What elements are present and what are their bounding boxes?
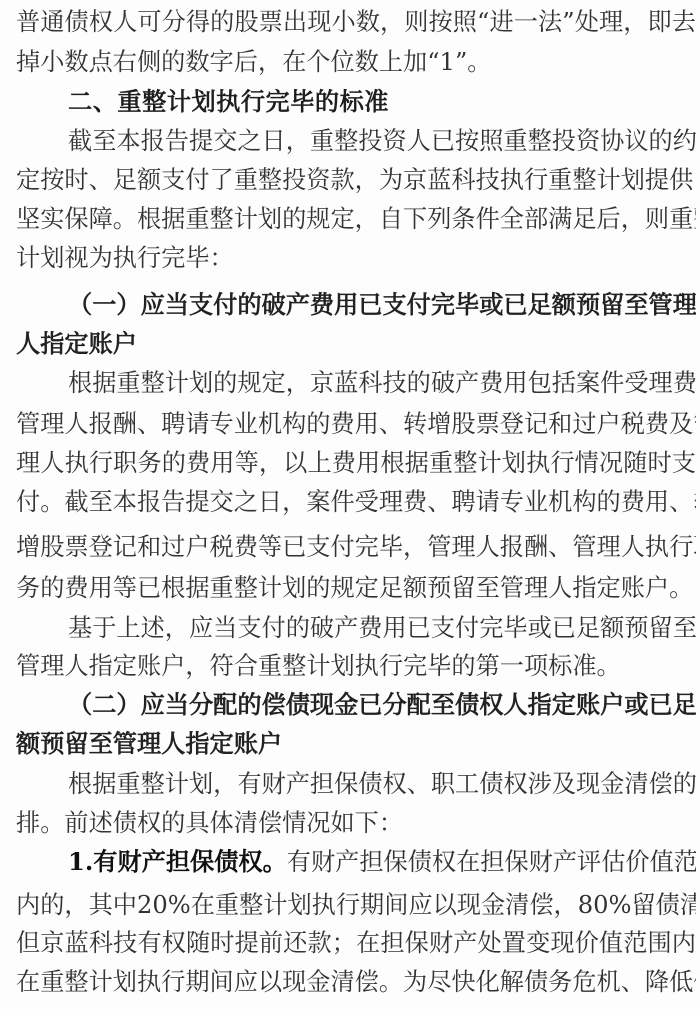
- paragraph-line: 计划视为执行完毕：: [16, 239, 696, 277]
- paragraph-line: 但京蓝科技有权随时提前还款；在担保财产处置变现价值范围内: [16, 924, 696, 962]
- subsection-heading: 额预留至管理人指定账户: [16, 725, 696, 763]
- paragraph-line: 坚实保障。根据重整计划的规定，自下列条件全部满足后，则重整: [16, 200, 696, 238]
- paragraph-line: 付。截至本报告提交之日，案件受理费、聘请专业机构的费用、转: [16, 483, 696, 521]
- paragraph-line: 内的，其中20%在重整计划执行期间应以现金清偿，80%留债清偿: [16, 886, 696, 924]
- paragraph-line: 掉小数点右侧的数字后，在个位数上加“1”。: [16, 43, 696, 81]
- subsection-heading: （二）应当分配的偿债现金已分配至债权人指定账户或已足: [68, 686, 696, 724]
- item-text: 有财产担保债权在担保财产评估价值范围: [287, 848, 696, 876]
- paragraph-line: 定按时、足额支付了重整投资款，为京蓝科技执行重整计划提供了: [16, 161, 696, 199]
- section-heading: 二、重整计划执行完毕的标准: [68, 83, 696, 121]
- document-page: 普通债权人可分得的股票出现小数，则按照“进一法”处理，即去 掉小数点右侧的数字后…: [0, 0, 700, 1009]
- paragraph-line: 增股票登记和过户税费等已支付完毕，管理人报酬、管理人执行职: [16, 528, 696, 566]
- item-lead: 1.有财产担保债权。: [68, 847, 287, 876]
- subsection-heading: 人指定账户: [16, 325, 696, 363]
- subsection-heading: （一）应当支付的破产费用已支付完毕或已足额预留至管理: [68, 286, 696, 324]
- paragraph-line: 理人执行职务的费用等，以上费用根据重整计划执行情况随时支: [16, 444, 696, 482]
- paragraph-line: 管理人报酬、聘请专业机构的费用、转增股票登记和过户税费及管: [16, 405, 696, 443]
- paragraph-line: 务的费用等已根据重整计划的规定足额预留至管理人指定账户。: [16, 569, 696, 607]
- paragraph-line: 在重整计划执行期间应以现金清偿。为尽快化解债务危机、降低债: [16, 963, 696, 1001]
- paragraph-line: 根据重整计划的规定，京蓝科技的破产费用包括案件受理费、: [68, 364, 696, 402]
- paragraph-line: 管理人指定账户，符合重整计划执行完毕的第一项标准。: [16, 647, 696, 685]
- paragraph-line: 1.有财产担保债权。有财产担保债权在担保财产评估价值范围: [68, 843, 696, 881]
- paragraph-line: 普通债权人可分得的股票出现小数，则按照“进一法”处理，即去: [16, 3, 696, 41]
- paragraph-line: 基于上述，应当支付的破产费用已支付完毕或已足额预留至: [68, 609, 696, 647]
- paragraph-line: 截至本报告提交之日，重整投资人已按照重整投资协议的约: [68, 122, 696, 160]
- paragraph-line: 根据重整计划，有财产担保债权、职工债权涉及现金清偿的安: [68, 765, 696, 803]
- paragraph-line: 排。前述债权的具体清偿情况如下：: [16, 804, 696, 842]
